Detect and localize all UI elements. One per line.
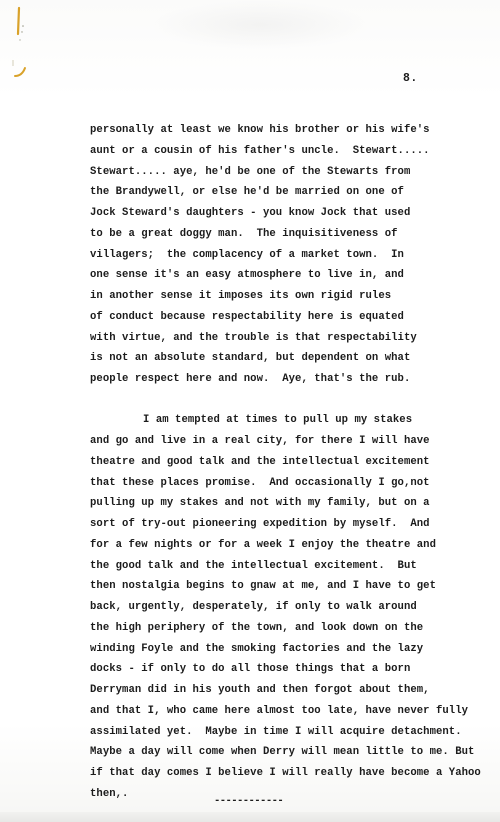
paper-bottom-edge [0,812,500,822]
text-line: back, urgently, desperately, if only to … [90,597,490,618]
text-line-indented: I am tempted at times to pull up my stak… [90,410,490,431]
text-line: for a few nights or for a week I enjoy t… [90,535,490,556]
text-line: people respect here and now. Aye, that's… [90,369,490,390]
text-line: then,. [90,784,490,805]
text-line: is not an absolute standard, but depende… [90,348,490,369]
text-line: Stewart..... aye, he'd be one of the Ste… [90,162,490,183]
text-line: Jock Steward's daughters - you know Jock… [90,203,490,224]
text-line: winding Foyle and the smoking factories … [90,639,490,660]
text-line: with virtue, and the trouble is that res… [90,328,490,349]
text-line: pulling up my stakes and not with my fam… [90,493,490,514]
typewritten-page: 8. personally at least we know his broth… [0,0,500,822]
text-line: of conduct because respectability here i… [90,307,490,328]
text-line: docks - if only to do all those things t… [90,659,490,680]
text-line: personally at least we know his brother … [90,120,490,141]
text-line: if that day comes I believe I will reall… [90,763,490,784]
text-line: Maybe a day will come when Derry will me… [90,742,490,763]
text-line: the high periphery of the town, and look… [90,618,490,639]
paragraph-1: personally at least we know his brother … [90,120,490,390]
text-line: Derryman did in his youth and then forgo… [90,680,490,701]
text-line: and go and live in a real city, for ther… [90,431,490,452]
text-line: villagers; the complacency of a market t… [90,245,490,266]
body-text: personally at least we know his brother … [90,120,490,805]
staple-rust-mark-icon [6,4,30,82]
text-line: to be a great doggy man. The inquisitive… [90,224,490,245]
text-line: aunt or a cousin of his father's uncle. … [90,141,490,162]
paper-fold-shadow [150,0,370,50]
page-number: 8. [403,72,418,85]
text-line: and that I, who came here almost too lat… [90,701,490,722]
text-line: that these places promise. And occasiona… [90,473,490,494]
text-line: the Brandywell, or else he'd be married … [90,182,490,203]
paragraph-spacer [90,390,490,411]
text-line: sort of try-out pioneering expedition by… [90,514,490,535]
text-line: one sense it's an easy atmosphere to liv… [90,265,490,286]
end-divider: ------------ [214,795,283,807]
text-line: assimilated yet. Maybe in time I will ac… [90,722,490,743]
paragraph-2: I am tempted at times to pull up my stak… [90,410,490,804]
text-line: in another sense it imposes its own rigi… [90,286,490,307]
text-line: then nostalgia begins to gnaw at me, and… [90,576,490,597]
text-line: the good talk and the intellectual excit… [90,556,490,577]
text-line: theatre and good talk and the intellectu… [90,452,490,473]
